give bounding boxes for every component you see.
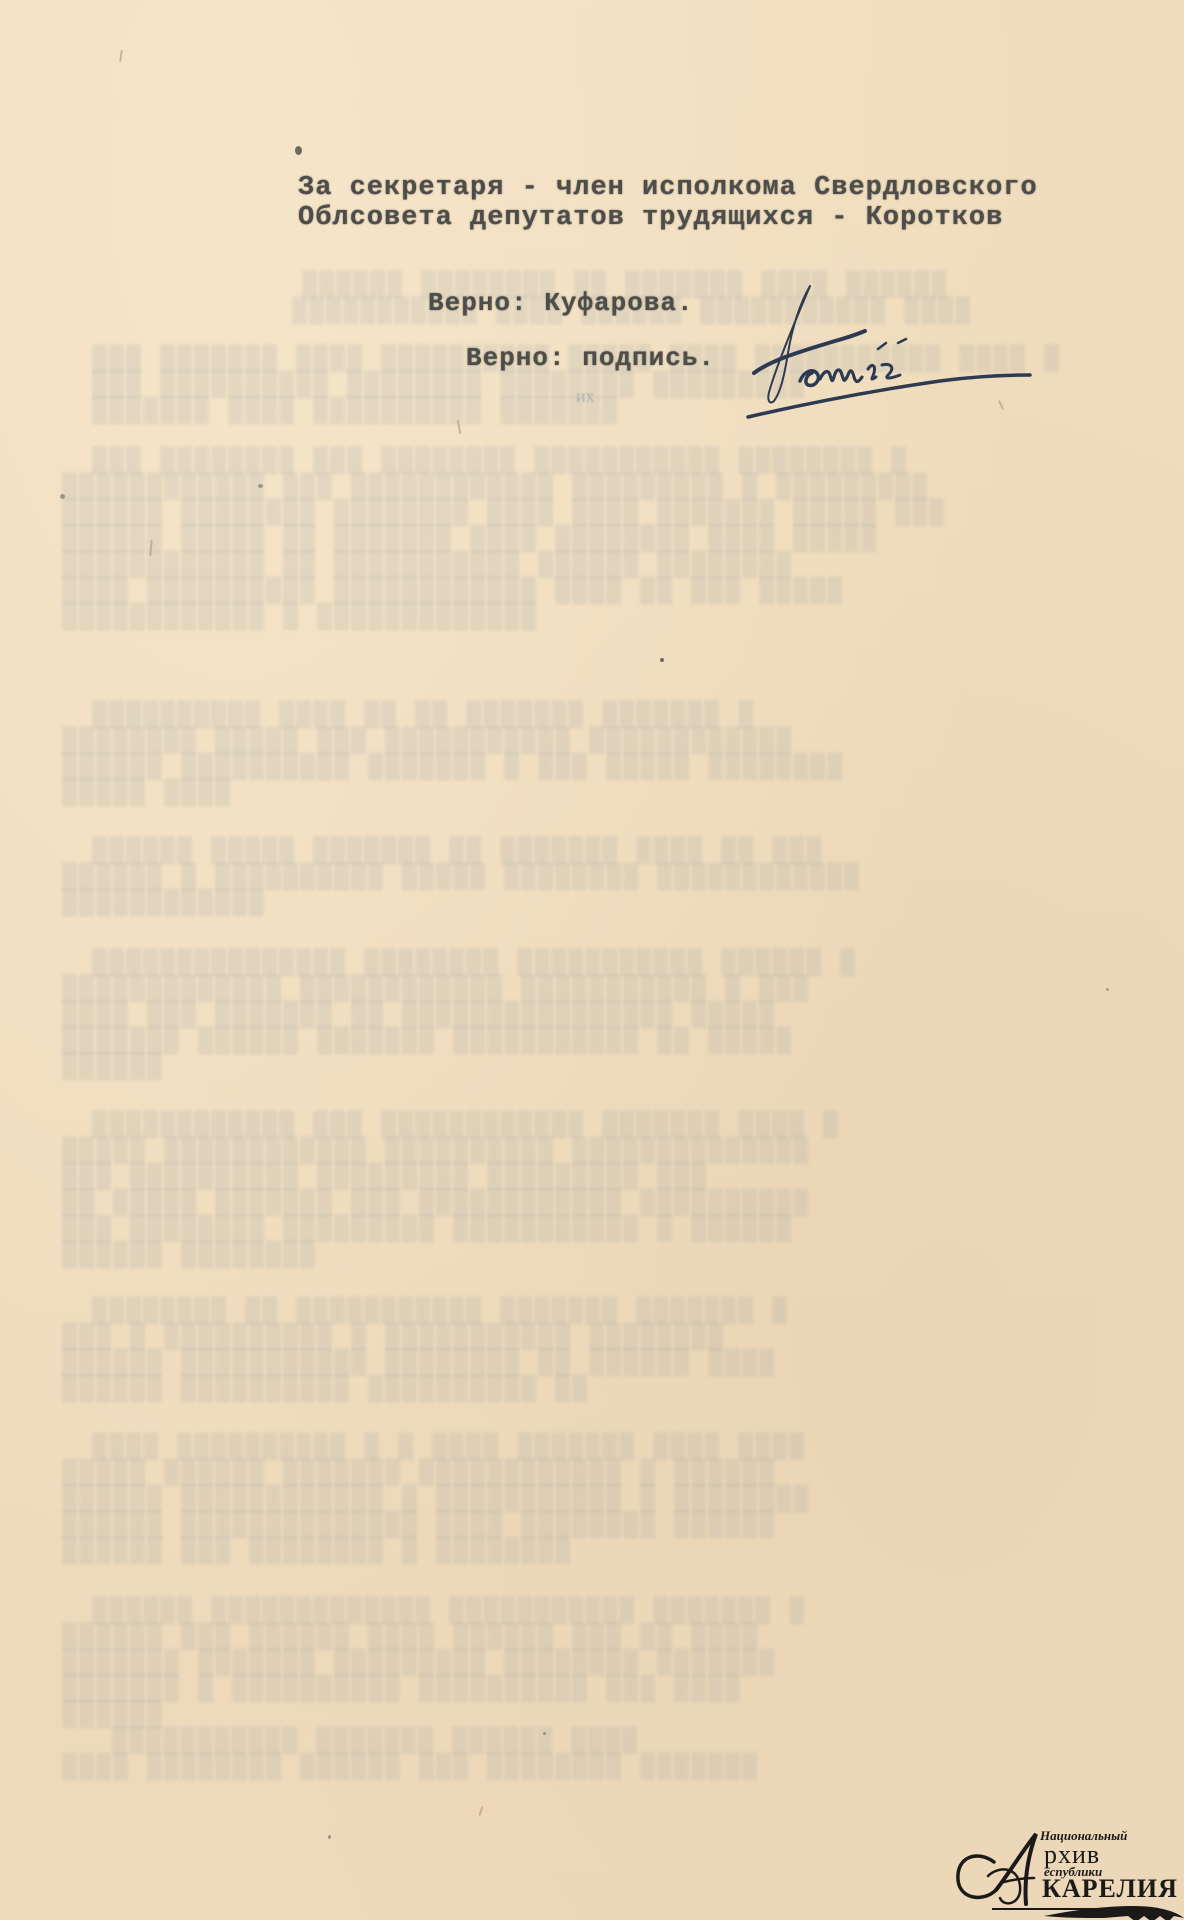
paper-speck — [60, 494, 65, 499]
logo-word-karelia: КАРЕЛИЯ — [1042, 1874, 1178, 1904]
attribution-line-2: Облсовета депутатов трудящихся - Коротко… — [298, 202, 1003, 234]
handwritten-signature-icon — [740, 283, 1040, 433]
attribution-line-1: За секретаря - член исполкома Свердловск… — [298, 172, 1038, 204]
certification-kufarova: Верно: Куфарова. — [428, 288, 694, 318]
paper-speck — [258, 484, 263, 488]
archive-logo: Национальный рхив еспублики КАРЕЛИЯ — [940, 1820, 1184, 1920]
paper-speck — [295, 146, 302, 155]
paper-speck — [543, 1732, 546, 1735]
faint-marginal-mark: их — [576, 386, 595, 407]
certification-signature-label: Верно: подпись. — [466, 343, 715, 373]
quill-feather-icon — [1044, 1904, 1184, 1920]
paper-speck — [660, 658, 664, 662]
paper-speck — [1106, 988, 1109, 991]
paper-speck — [328, 1835, 331, 1839]
